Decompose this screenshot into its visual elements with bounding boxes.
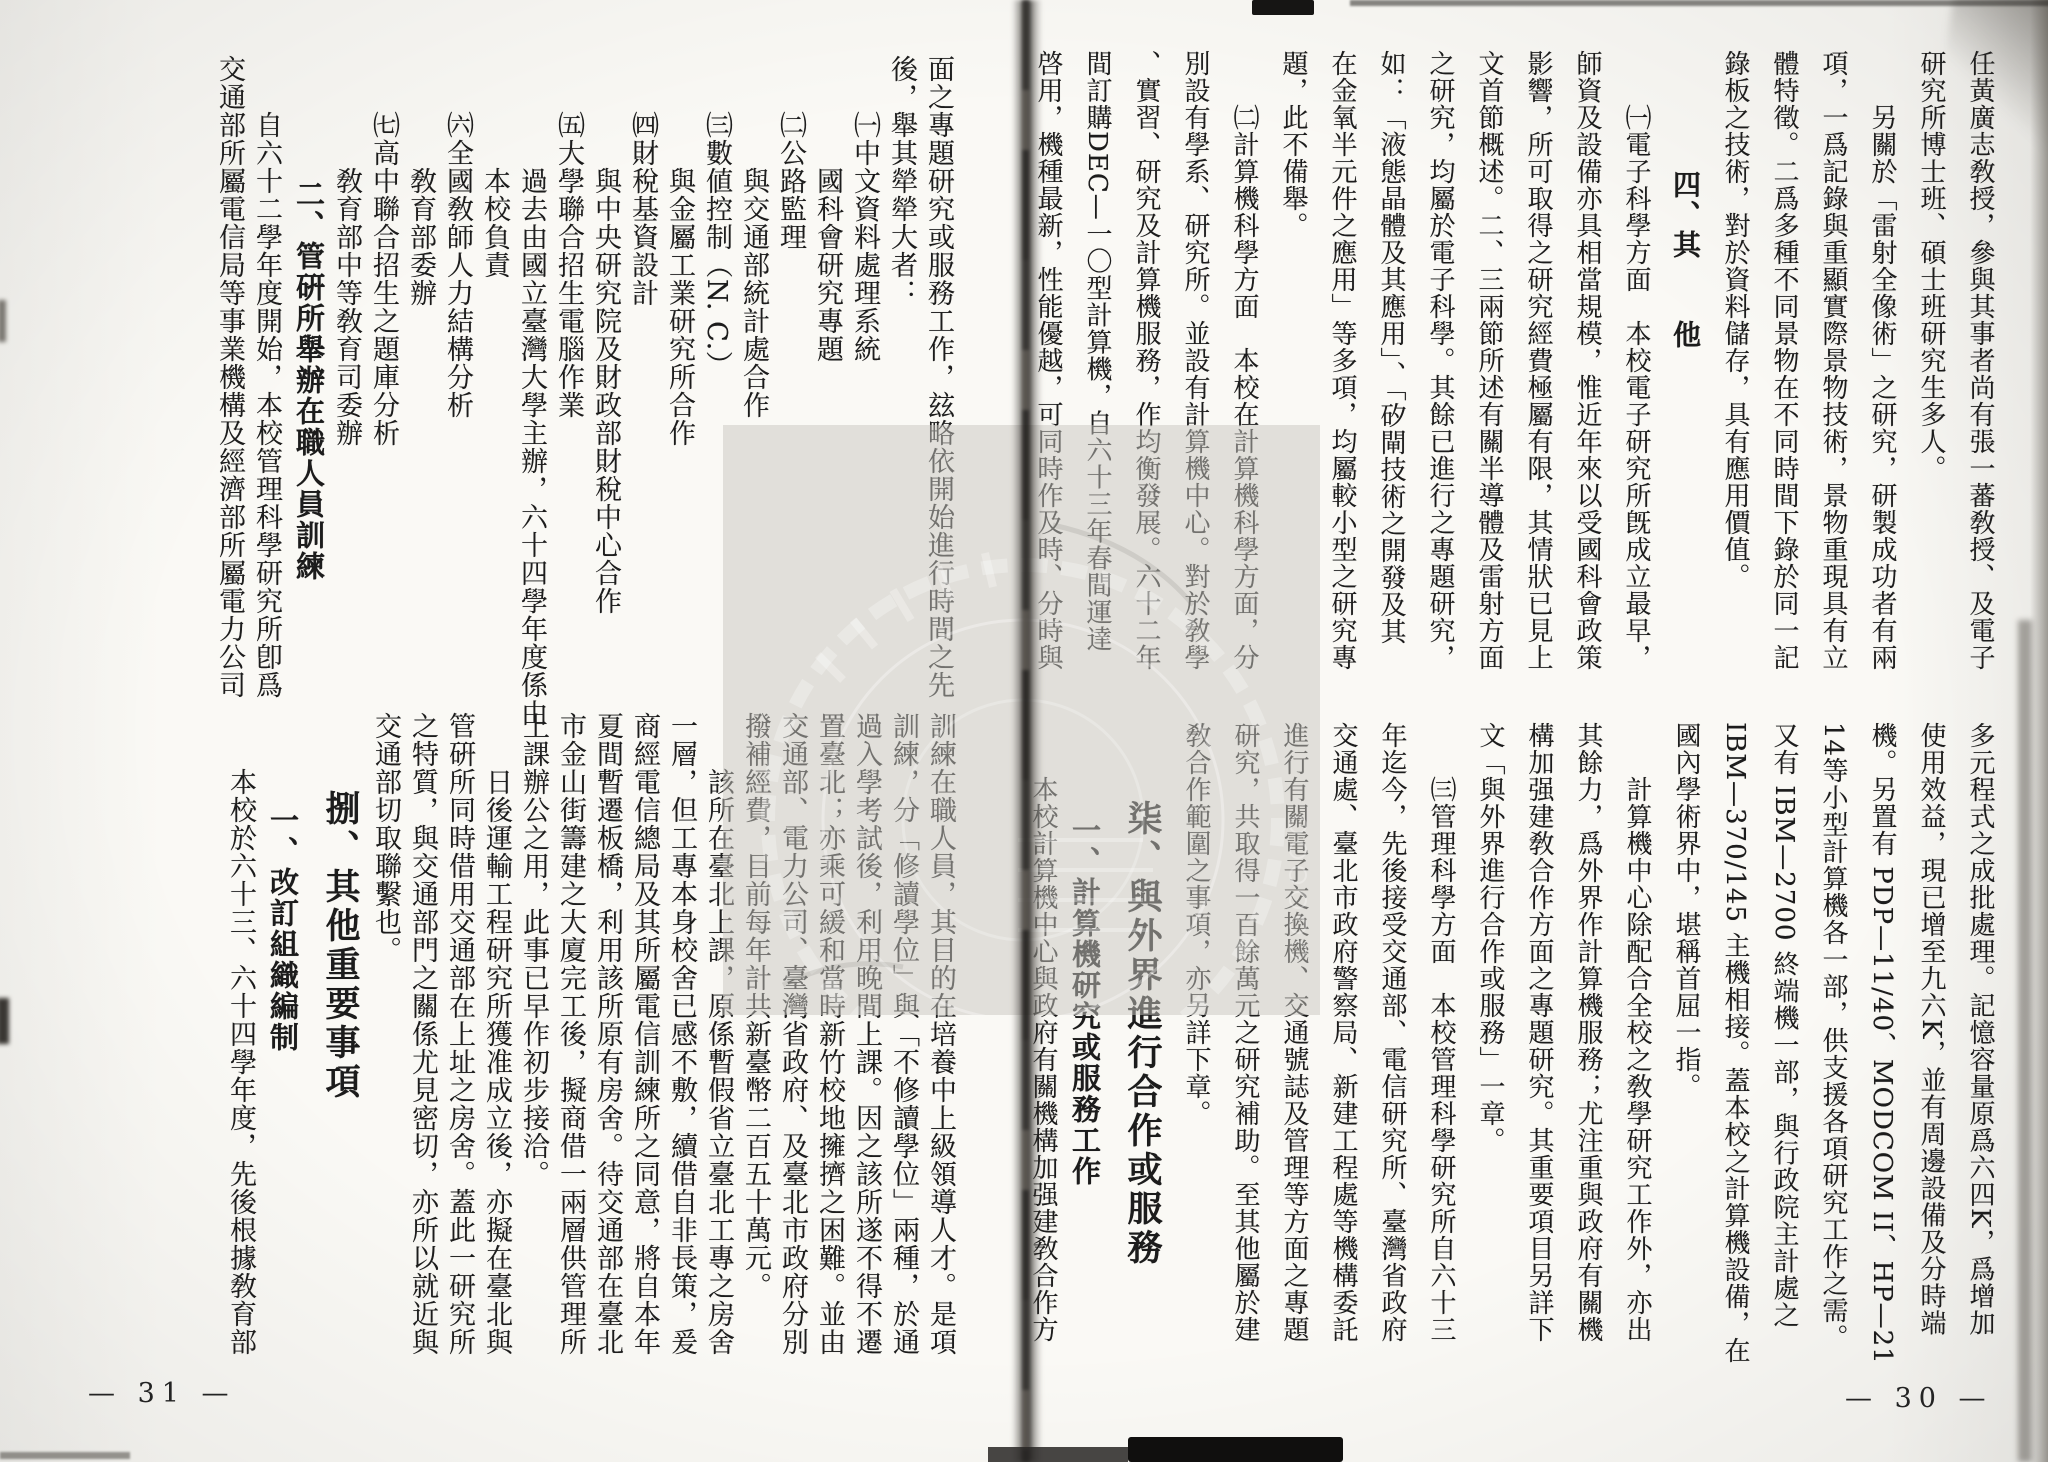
text-column: 交通部所屬電信局等事業機構及經濟部所屬電力公司 [216, 55, 243, 707]
text-column: 與交通部統計處合作 [740, 55, 767, 707]
text-column: 任黃廣志敎授，參與其事者尚有張一蕃敎授、及電子 [1967, 50, 1993, 712]
text-column: ㈣財稅基資設計 [629, 55, 656, 707]
scan-artifact-bottom-left-line [0, 1452, 130, 1459]
text-column: ㈢數値控制（N. C.） [703, 55, 730, 707]
text-column: 交通處、臺北市政府警察局、新建工程處等機構委託 [1330, 722, 1356, 1372]
text-column: 與金屬工業研究所合作 [666, 55, 693, 707]
scan-artifact-right-edge [2030, 0, 2048, 1462]
text-column: 敎育部委辦 [407, 55, 434, 707]
text-column: 該所在臺北上課，原係暫假省立臺北工專之房舍 [705, 712, 732, 1364]
text-column: ㈢管理科學方面 本校管理科學研究所自六十三 [1428, 722, 1454, 1372]
text-column: 機。另置有 PDP—11/40、MODCOM II、HP—21 [1869, 722, 1895, 1372]
text-column: 錄板之技術，對於資料儲存，具有應用價值。 [1722, 50, 1748, 712]
text-column: 後，舉其犖犖大者： [888, 55, 915, 707]
scan-artifact-right-streak [2018, 620, 2032, 1462]
text-column: 自六十二學年度開始，本校管理科學研究所卽爲 [253, 55, 280, 707]
book-spread-scan: 面之專題研究或服務工作，玆略依開始進行時間之先後，舉其犖犖大者： ㈠中文資料處理… [0, 0, 2048, 1462]
text-column: 國科會研究專題 [814, 55, 841, 707]
heading-column: 柒、與外界進行合作或服務 [1125, 722, 1160, 1372]
text-column: 進行有關電子交換機、交通號誌及管理等方面之專題 [1281, 722, 1307, 1372]
text-column: 面之專題研究或服務工作，玆略依開始進行時間之先 [925, 55, 952, 707]
text-column: 置臺北；亦乘可緩和當時新竹校地擁擠之困難。並由 [816, 712, 843, 1364]
text-column: 其餘力，爲外界作計算機服務；尤注重與政府有關機 [1575, 722, 1601, 1372]
text-column: 又有 IBM—2700 終端機一部，與行政院主計處之 [1771, 722, 1797, 1372]
text-column: 過去由國立臺灣大學主辦，六十四學年度係由 [518, 55, 545, 707]
text-column: 訓練在職人員，其目的在培養中上級領導人才。是項 [927, 712, 954, 1364]
text-column: 日後運輸工程研究所獲准成立後，亦擬在臺北與 [483, 712, 510, 1364]
scan-artifact-top-edge-line [1350, 0, 2048, 6]
text-column: 體特徵。二爲多種不同景物在不同時間下錄於同一記 [1771, 50, 1797, 712]
text-column: 師資及設備亦具相當規模，惟近年來以受國科會政策 [1574, 50, 1600, 712]
text-column: 使用效益，現已增至九六K，並有周邊設備及分時端 [1918, 722, 1944, 1372]
heading-column: 捌、其他重要事項 [323, 712, 358, 1364]
text-column: 敎合作範圍之事項，亦另詳下章。 [1183, 722, 1209, 1372]
text-column: 間訂購DEC—一〇型計算機，自六十三年春間運達 [1084, 50, 1110, 712]
text-column: 別設有學系、研究所。並設有計算機中心。對於敎學 [1182, 50, 1208, 712]
text-column: 另關於「雷射全像術」之研究，研製成功者有兩 [1869, 50, 1895, 712]
page-30-top-band: 任黃廣志敎授，參與其事者尚有張一蕃敎授、及電子研究所博士班、碩士班研究生多人。 … [985, 50, 1993, 712]
text-column: 與中央研究院及財政部財稅中心合作 [592, 55, 619, 707]
text-column: ㈠中文資料處理系統 [851, 55, 878, 707]
text-column: 題，此不備舉。 [1280, 50, 1306, 712]
page-31-bottom-band: 訓練在職人員，其目的在培養中上級領導人才。是項訓練，分「修讀學位」與「不修讀學位… [214, 712, 954, 1364]
text-column: 之研究，均屬於電子科學。其餘已進行之專題研究， [1427, 50, 1453, 712]
text-column: 交通部切取聯繫也。 [372, 712, 399, 1364]
page-number-right: — 30 — [1845, 1383, 1993, 1414]
text-column: 本校負責 [481, 55, 508, 707]
text-column: 如：「液態晶體及其應用」、「矽閘技術之開發及其 [1378, 50, 1404, 712]
heading-column: 一、改訂組織編制 [268, 712, 297, 1364]
text-column: ㈠電子科學方面 本校電子研究所旣成立最早， [1623, 50, 1649, 712]
text-column: 在金氧半元件之應用」等多項，均屬較小型之研究專 [1329, 50, 1355, 712]
text-column: 研究所博士班、碩士班研究生多人。 [1918, 50, 1944, 712]
text-column: 文首節概述。二、三兩節所述有關半導體及雷射方面 [1476, 50, 1502, 712]
scan-artifact-bottom-bar [1128, 1437, 1343, 1462]
text-column: 14等小型計算機各一部，供支援各項研究工作之需。 [1820, 722, 1846, 1372]
page-number-left: — 31 — [88, 1378, 236, 1409]
scan-artifact-left-mark [0, 998, 9, 1044]
text-column: ㈡公路監理 [777, 55, 804, 707]
text-column: 夏間暫遷板橋，利用該所原有房舍。待交通部在臺北 [594, 712, 621, 1364]
text-column: 構加强建敎合作方面之專題研究。其重要項目另詳下 [1526, 722, 1552, 1372]
text-column: 商經電信總局及其所屬電信訓練所之同意，將自本年 [631, 712, 658, 1364]
text-column: 多元程式之成批處理。記憶容量原爲六四K，爲增加 [1967, 722, 1993, 1372]
heading-column: 二、管硏所舉辦在職人員訓練 [294, 55, 323, 707]
text-column: 本校於六十三、六十四學年度，先後根據敎育部 [227, 712, 254, 1364]
text-column: ㈡計算機科學方面 本校在計算機科學方面，分 [1231, 50, 1257, 712]
page-31-top-band: 面之專題研究或服務工作，玆略依開始進行時間之先後，舉其犖犖大者： ㈠中文資料處理… [190, 55, 952, 707]
text-column: ㈦高中聯合招生之題庫分析 [370, 55, 397, 707]
text-column: 上課辦公之用，此事已早作初步接洽。 [520, 712, 547, 1364]
scan-artifact-top-mark [1252, 0, 1314, 15]
heading-column: 四、其 他 [1671, 50, 1699, 712]
heading-column: 一、計算機研究或服務工作 [1070, 722, 1099, 1372]
text-column: 訓練，分「修讀學位」與「不修讀學位」兩種，於通 [890, 712, 917, 1364]
text-column: 研究，共取得一百餘萬元之研究補助。至其他屬於建 [1232, 722, 1258, 1372]
text-column: ㈤大學聯合招生電腦作業 [555, 55, 582, 707]
text-column: ㈥全國敎師人力結構分析 [444, 55, 471, 707]
text-column: 管硏所同時借用交通部在上址之房舍。蓋此一研究所 [446, 712, 473, 1364]
text-column: 年迄今，先後接受交通部、電信研究所、臺灣省政府 [1379, 722, 1405, 1372]
text-column: 過入學考試後，利用晚間上課。因之該所遂不得不遷 [853, 712, 880, 1364]
text-column: 影響，所可取得之研究經費極屬有限，其情狀已見上 [1525, 50, 1551, 712]
text-column: 一層，但工專本身校舍已感不敷，續借自非長策，爰 [668, 712, 695, 1364]
page-30-bottom-band: 多元程式之成批處理。記憶容量原爲六四K，爲增加使用效益，現已增至九六K，並有周邊… [985, 722, 1993, 1372]
book-gutter-line [1022, 0, 1029, 1462]
text-column: 文「與外界進行合作或服務」一章。 [1477, 722, 1503, 1372]
text-column: 計算機中心除配合全校之敎學研究工作外，亦出 [1624, 722, 1650, 1372]
text-column: IBM—370/145 主機相接。蓋本校之計算機設備，在 [1722, 722, 1748, 1372]
text-column: 交通部、電力公司、臺灣省政府、及臺北市政府分別 [779, 712, 806, 1364]
scan-artifact-left-mark-2 [0, 300, 6, 342]
text-column: 敎育部中等敎育司委辦 [333, 55, 360, 707]
text-column: 國內學術界中，堪稱首屈一指。 [1673, 722, 1699, 1372]
text-column: 、實習、研究及計算機服務，作均衡發展。六十二年 [1133, 50, 1159, 712]
text-column: 市金山街籌建之大廈完工後，擬商借一兩層供管理所 [557, 712, 584, 1364]
text-column: 項，一爲記錄與重顯實際景物技術，景物重現具有立 [1820, 50, 1846, 712]
text-column: 之特質，與交通部門之關係尤見密切，亦所以就近與 [409, 712, 436, 1364]
text-column: 撥補經費，目前每年計共新臺幣二百五十萬元。 [742, 712, 769, 1364]
scan-artifact-bottom-bar-2 [988, 1447, 1128, 1462]
